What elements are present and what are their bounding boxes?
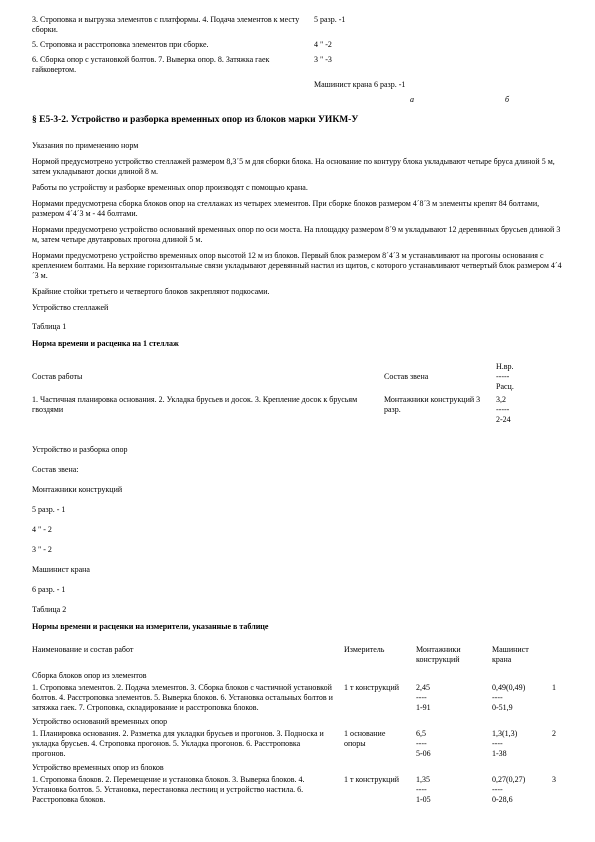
paragraph: Нормами предусмотрена сборка блоков опор… — [32, 199, 565, 219]
crew-rank-text: Машинист крана 6 разр. -1 — [314, 80, 565, 90]
norm-divider: ---- — [416, 739, 482, 749]
crew-line: 6 разр. - 1 — [32, 585, 565, 595]
crew-line: Состав звена: — [32, 465, 565, 475]
norm-header-divider: ----- — [496, 372, 555, 382]
table2-cell-work: 1. Строповка элементов. 2. Подача элемен… — [32, 683, 344, 713]
norm-value: 2,45 — [416, 683, 482, 693]
table2-cell-measure: 1 т конструкций — [344, 683, 416, 713]
table2-header-mashinist: Машинист крана — [492, 645, 552, 665]
norm-value: 3,2 — [496, 395, 555, 405]
document-page: 3. Строповка и выгрузка элементов с плат… — [0, 0, 595, 842]
table2-cell-montazhniki: 2,45 ---- 1-91 — [416, 683, 492, 713]
table2-cell-rownum: 1 — [552, 683, 566, 713]
work-steps-text: 6. Сборка опор с установкой болтов. 7. В… — [32, 55, 314, 75]
rate-value: 0-51,9 — [492, 703, 542, 713]
table2-cell-mashinist: 1,3(1,3) ---- 1-38 — [492, 729, 552, 759]
marker-b: б — [505, 95, 509, 105]
table2-caption: Нормы времени и расценки на измерители, … — [32, 622, 565, 632]
crew-rank-text: 3 " -3 — [314, 55, 565, 75]
table2-cell-work: 1. Строповка блоков. 2. Перемещение и ус… — [32, 775, 344, 805]
table1-caption: Норма времени и расценка на 1 стеллаж — [32, 339, 565, 349]
crew-line: 4 " - 2 — [32, 525, 565, 535]
rate-value: 5-06 — [416, 749, 482, 759]
paragraph: Нормами предусмотрено устройство основан… — [32, 225, 565, 245]
norm-value: 0,27(0,27) — [492, 775, 542, 785]
norm-value: 1,35 — [416, 775, 482, 785]
crew-work-row: 3. Строповка и выгрузка элементов с плат… — [32, 15, 565, 35]
crew-work-row: Машинист крана 6 разр. -1 — [32, 80, 565, 90]
table2-header-num — [552, 645, 566, 665]
figure-markers: а б — [32, 95, 565, 106]
table2-group-title: Устройство оснований временных опор — [32, 717, 566, 727]
norm-header-line: Н.вр. — [496, 362, 555, 372]
table2-cell-montazhniki: 1,35 ---- 1-05 — [416, 775, 492, 805]
subsection-title: Устройство и разборка опор — [32, 445, 565, 455]
table2-cell-rownum: 2 — [552, 729, 566, 759]
norm-divider: ----- — [496, 405, 555, 415]
crew-line: 5 разр. - 1 — [32, 505, 565, 515]
table2-cell-measure: 1 основание опоры — [344, 729, 416, 759]
rate-value: 2-24 — [496, 415, 555, 425]
work-steps-text — [32, 80, 314, 90]
table2-cell-measure: 1 т конструкций — [344, 775, 416, 805]
paragraph: Крайние стойки третьего и четвертого бло… — [32, 287, 565, 297]
subsection-title: Устройство стеллажей — [32, 303, 565, 313]
norm-value: 0,49(0,49) — [492, 683, 542, 693]
table1: Состав работы Состав звена Н.вр. ----- Р… — [32, 362, 565, 425]
norm-value: 6,5 — [416, 729, 482, 739]
table2-cell-mashinist: 0,27(0,27) ---- 0-28,6 — [492, 775, 552, 805]
paragraph: Работы по устройству и разборке временны… — [32, 183, 565, 193]
work-steps-text: 3. Строповка и выгрузка элементов с плат… — [32, 15, 314, 35]
crew-rank-text: 5 разр. -1 — [314, 15, 565, 35]
rate-value: 1-38 — [492, 749, 542, 759]
crew-work-table: 3. Строповка и выгрузка элементов с плат… — [32, 15, 565, 90]
table2-header-montazhniki: Монтажники конструкций — [416, 645, 492, 665]
table1-header-crew: Состав звена — [384, 362, 496, 392]
crew-work-row: 5. Строповка и расстроповка элементов пр… — [32, 40, 565, 50]
norm-header-line: Расц. — [496, 382, 555, 392]
table2: Наименование и состав работ Измеритель М… — [32, 645, 565, 808]
work-steps-text: 5. Строповка и расстроповка элементов пр… — [32, 40, 314, 50]
norm-divider: ---- — [416, 785, 482, 795]
norm-value: 1,3(1,3) — [492, 729, 542, 739]
table2-cell-rownum: 3 — [552, 775, 566, 805]
crew-line: 3 " - 2 — [32, 545, 565, 555]
crew-line: Монтажники конструкций — [32, 485, 565, 495]
table2-header-name: Наименование и состав работ — [32, 645, 344, 665]
crew-work-row: 6. Сборка опор с установкой болтов. 7. В… — [32, 55, 565, 75]
table1-cell-crew: Монтажники конструкций 3 разр. — [384, 395, 496, 425]
norm-divider: ---- — [492, 739, 542, 749]
norm-divider: ---- — [492, 693, 542, 703]
table1-header-work: Состав работы — [32, 362, 384, 392]
paragraph: Нормами предусмотрено устройство временн… — [32, 251, 565, 281]
table2-cell-montazhniki: 6,5 ---- 5-06 — [416, 729, 492, 759]
rate-value: 1-05 — [416, 795, 482, 805]
table1-header-norm: Н.вр. ----- Расц. — [496, 362, 565, 392]
section-heading: § Е5-3-2. Устройство и разборка временны… — [32, 114, 565, 126]
table2-header-measure: Измеритель — [344, 645, 416, 665]
table1-cell-work: 1. Частичная планировка основания. 2. Ук… — [32, 395, 384, 425]
table2-cell-work: 1. Планировка основания. 2. Разметка для… — [32, 729, 344, 759]
table1-label: Таблица 1 — [32, 322, 565, 332]
paragraph: Нормой предусмотрено устройство стеллаже… — [32, 157, 565, 177]
paragraph-usage-note: Указания по применению норм — [32, 141, 565, 151]
marker-a: а — [410, 95, 414, 105]
table2-group-title: Устройство временных опор из блоков — [32, 763, 566, 773]
table2-label: Таблица 2 — [32, 605, 565, 615]
crew-rank-text: 4 " -2 — [314, 40, 565, 50]
norm-divider: ---- — [416, 693, 482, 703]
rate-value: 1-91 — [416, 703, 482, 713]
table2-cell-mashinist: 0,49(0,49) ---- 0-51,9 — [492, 683, 552, 713]
norm-divider: ---- — [492, 785, 542, 795]
crew-line: Машинист крана — [32, 565, 565, 575]
table2-group-title: Сборка блоков опор из элементов — [32, 671, 566, 681]
table1-cell-value: 3,2 ----- 2-24 — [496, 395, 565, 425]
rate-value: 0-28,6 — [492, 795, 542, 805]
